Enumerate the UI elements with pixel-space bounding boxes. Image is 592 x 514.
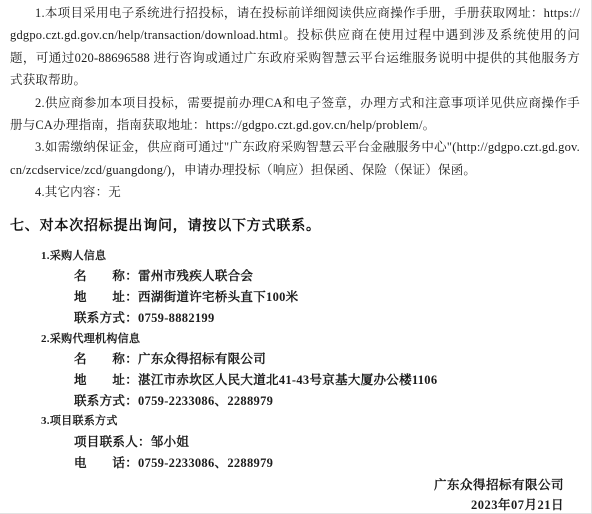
info-label: 地 址： [74, 290, 138, 304]
notice-paragraphs: 1.本项目采用电子系统进行招投标，请在投标前详细阅读供应商操作手册，手册获取网址… [10, 2, 580, 204]
info-row-contact-phone: 电 话：0759-2233086、2288979 [74, 453, 580, 474]
purchaser-info-group: 1.采购人信息 名 称：雷州市残疾人联合会 地 址：西湖街道许宅桥头直下100米… [10, 246, 580, 329]
info-value: 0759-8882199 [138, 311, 215, 325]
info-value: 0759-2233086、2288979 [138, 394, 273, 408]
info-value: 湛江市赤坎区人民大道北41-43号京基大厦办公楼1106 [138, 373, 437, 387]
info-label: 联系方式： [74, 394, 138, 408]
info-row-purchaser-name: 名 称：雷州市残疾人联合会 [74, 266, 580, 287]
notice-paragraph-3: 3.如需缴纳保证金，供应商可通过"广东政府采购智慧云平台金融服务中心"(http… [10, 136, 580, 181]
notice-paragraph-4: 4.其它内容：无 [10, 181, 580, 203]
signature-date: 2023年07月21日 [10, 495, 564, 514]
info-value: 西湖街道许宅桥头直下100米 [138, 290, 298, 304]
info-label: 联系方式： [74, 311, 138, 325]
info-value: 邹小姐 [151, 435, 189, 449]
info-label: 电 话： [74, 456, 138, 470]
info-value: 0759-2233086、2288979 [138, 456, 273, 470]
info-row-contact-person: 项目联系人：邹小姐 [74, 432, 580, 453]
info-label: 名 称： [74, 269, 138, 283]
info-label: 地 址： [74, 373, 138, 387]
group-title-project-contact: 3.项目联系方式 [41, 411, 580, 432]
signature-block: 广东众得招标有限公司 2023年07月21日 [10, 475, 580, 514]
info-row-agency-address: 地 址：湛江市赤坎区人民大道北41-43号京基大厦办公楼1106 [74, 370, 580, 391]
info-row-purchaser-phone: 联系方式：0759-8882199 [74, 308, 580, 329]
info-value: 雷州市残疾人联合会 [138, 269, 253, 283]
signature-company: 广东众得招标有限公司 [10, 475, 564, 496]
info-row-purchaser-address: 地 址：西湖街道许宅桥头直下100米 [74, 287, 580, 308]
document-page: 1.本项目采用电子系统进行招投标，请在投标前详细阅读供应商操作手册，手册获取网址… [0, 0, 592, 514]
group-title-agency: 2.采购代理机构信息 [41, 329, 580, 350]
info-label: 名 称： [74, 352, 138, 366]
group-title-purchaser: 1.采购人信息 [41, 246, 580, 267]
contact-section: 1.采购人信息 名 称：雷州市残疾人联合会 地 址：西湖街道许宅桥头直下100米… [10, 246, 580, 474]
notice-paragraph-2: 2.供应商参加本项目投标，需要提前办理CA和电子签章，办理方式和注意事项详见供应… [10, 92, 580, 137]
notice-paragraph-1: 1.本项目采用电子系统进行招投标，请在投标前详细阅读供应商操作手册，手册获取网址… [10, 2, 580, 92]
info-label: 项目联系人： [74, 435, 151, 449]
agency-info-group: 2.采购代理机构信息 名 称：广东众得招标有限公司 地 址：湛江市赤坎区人民大道… [10, 329, 580, 412]
project-contact-group: 3.项目联系方式 项目联系人：邹小姐 电 话：0759-2233086、2288… [10, 411, 580, 473]
section-heading: 七、对本次招标提出询问，请按以下方式联系。 [10, 215, 580, 239]
info-value: 广东众得招标有限公司 [138, 352, 266, 366]
info-row-agency-name: 名 称：广东众得招标有限公司 [74, 349, 580, 370]
info-row-agency-phone: 联系方式：0759-2233086、2288979 [74, 391, 580, 412]
